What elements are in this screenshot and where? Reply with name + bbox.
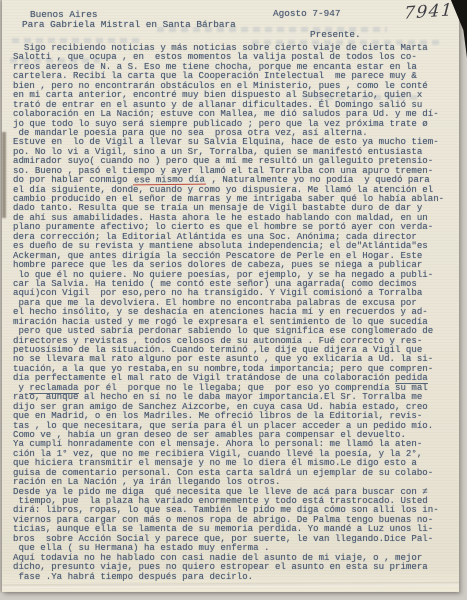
letter-recipient: Para Gabriela Mistral en Santa Bárbara <box>22 19 236 30</box>
edge-mark <box>2 132 6 218</box>
letter-date: Agosto 7-947 <box>273 8 341 19</box>
body-line: fase .Ya habrá tiempo después para decir… <box>13 572 457 581</box>
letter-page: Buenos Aires Agosto 7-947 Para Gabriela … <box>2 0 459 592</box>
red-underlined-phrase: ese mismo día <box>133 175 206 186</box>
archive-number: 7941 <box>403 0 454 24</box>
letter-body: Sigo recibiendo noticias y más noticias … <box>13 43 457 581</box>
letter-salutation: Presente. <box>310 29 361 40</box>
paper-crease <box>2 582 459 588</box>
